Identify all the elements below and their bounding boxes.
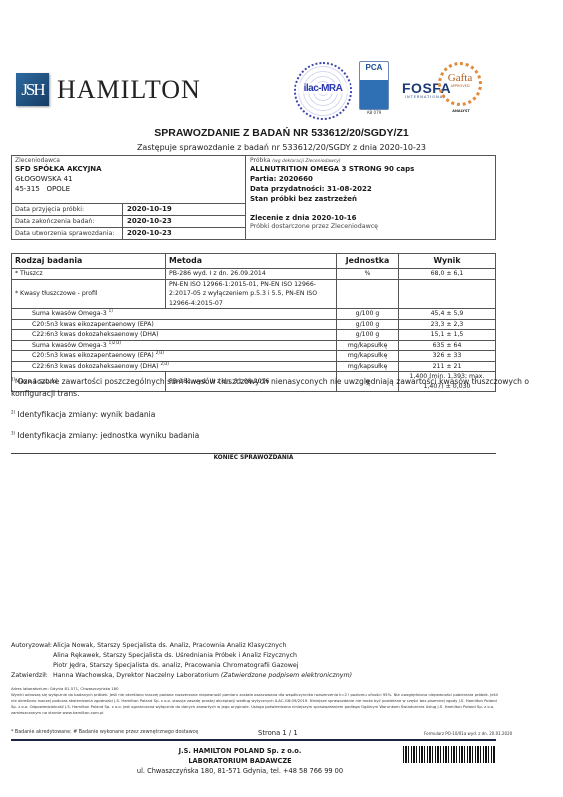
table-row: C20:5n3 kwas eikozapentaenowy (EPA) 2)3)… — [12, 351, 496, 362]
test-name: C22:6n3 kwas dokozaheksaenowy (DHA) — [12, 330, 337, 341]
report-replaces: Zastępuje sprawozdanie z badań nr 533612… — [0, 143, 563, 152]
table-row: C20:5n3 kwas eikozapentaenowy (EPA)g/100… — [12, 319, 496, 330]
end-divider — [11, 453, 496, 454]
company-logo-icon: JSH — [16, 73, 49, 106]
unit-cell: g/100 g — [337, 309, 399, 320]
unit-cell: % — [337, 269, 399, 280]
info-box: Zleceniodawca SFD SPÓŁKA AKCYJNA GŁOGOWS… — [11, 155, 496, 240]
client-city: 45-315 OPOLE — [15, 184, 242, 194]
company-name: HAMILTON — [57, 75, 201, 105]
date-row: Data utworzenia sprawozdania:2020-10-23 — [12, 227, 245, 239]
sample-condition: Stan próbki bez zastrzeżeń — [250, 194, 493, 204]
unit-cell: mg/kapsułkę — [337, 361, 399, 372]
footnote-ref: 1) — [109, 308, 113, 313]
result-cell: 15,1 ± 1,5 — [399, 330, 496, 341]
test-name: * Tłuszcz — [12, 269, 166, 280]
barcode-icon — [403, 746, 495, 763]
test-name: Suma kwasów Omega-3 1) — [12, 309, 337, 320]
authorized-person: Piotr Jędra, Starszy Specjalista ds. ana… — [53, 661, 298, 671]
footnote-mark: 1) — [11, 376, 15, 381]
client-name: SFD SPÓŁKA AKCYJNA — [15, 164, 242, 174]
col-header-test: Rodzaj badania — [12, 254, 166, 269]
date-row: Data przyjęcia próbki:2020-10-19 — [12, 203, 245, 215]
client-section: Zleceniodawca SFD SPÓŁKA AKCYJNA GŁOGOWS… — [12, 156, 246, 239]
footnote: 3) Identyfikacja zmiany: jednostka wynik… — [11, 430, 531, 442]
pca-number: AB 079 — [360, 110, 388, 115]
approved-person: Hanna Wachowska, Dyrektor Naczelny Labor… — [53, 672, 219, 679]
table-row: Suma kwasów Omega-3 1)g/100 g45,4 ± 5,9 — [12, 309, 496, 320]
test-name: C20:5n3 kwas eikozapentaenowy (EPA) — [12, 319, 337, 330]
date-label: Data przyjęcia próbki: — [12, 204, 123, 215]
fosfa-sub: INTERNATIONAL — [405, 95, 446, 99]
gafta-label: Gafta — [441, 72, 479, 84]
result-cell: 326 ± 33 — [399, 351, 496, 362]
results-table: Rodzaj badania Metoda Jednostka Wynik * … — [11, 253, 496, 392]
result-cell: 45,4 ± 5,9 — [399, 309, 496, 320]
authorized-person: Alicja Nowak, Starszy Specjalista ds. An… — [53, 641, 286, 651]
sample-label: Próbka — [250, 157, 270, 164]
result-cell: 211 ± 21 — [399, 361, 496, 372]
unit-cell: mg/kapsułkę — [337, 340, 399, 351]
col-header-result: Wynik — [399, 254, 496, 269]
unit-cell: g/100 g — [337, 330, 399, 341]
col-header-unit: Jednostka — [337, 254, 399, 269]
ilac-mra-logo-icon: ilac-MRA — [294, 62, 352, 120]
unit-cell: g/100 g — [337, 319, 399, 330]
result-cell: 68,0 ± 6,1 — [399, 269, 496, 280]
test-name: C20:5n3 kwas eikozapentaenowy (EPA) 2)3) — [12, 351, 337, 362]
footnote: 2) Identyfikacja zmiany: wynik badania — [11, 409, 531, 421]
unit-cell — [337, 279, 399, 309]
sample-batch: Partia: 2020660 — [250, 174, 493, 184]
result-cell: 635 ± 64 — [399, 340, 496, 351]
authorized-person: Alina Rękawek, Starszy Specjalista ds. U… — [53, 651, 297, 661]
table-row: * Kwasy tłuszczowe - profilPN-EN ISO 129… — [12, 279, 496, 309]
footnote-ref: 2)3) — [161, 360, 169, 365]
sample-order: Zlecenie z dnia 2020-10-16 — [250, 213, 493, 223]
approved-note: (Zatwierdzone podpisem elektronicznym) — [221, 672, 352, 679]
footnote-text: Identyfikacja zmiany: jednostka wyniku b… — [18, 431, 200, 440]
footnote-text: Oznaczone zawartości poszczególnych sum … — [11, 377, 529, 398]
legal-notice: Adres laboratorium: Gdynia 81-571, Chwas… — [11, 686, 501, 716]
test-name: * Kwasy tłuszczowe - profil — [12, 279, 166, 309]
test-name: Suma kwasów Omega-3 1)2)3) — [12, 340, 337, 351]
page-number: Strona 1 / 1 — [258, 729, 298, 737]
method-cell: PB-286 wyd. I z dn. 26.09.2014 — [166, 269, 337, 280]
gafta-sub: ANALYST — [443, 109, 479, 113]
pca-label: PCA — [360, 63, 388, 72]
date-value: 2020-10-23 — [123, 228, 172, 239]
footnote-text: Identyfikacja zmiany: wynik badania — [18, 410, 156, 419]
sample-section: Próbka (wg deklaracji Zleceniodawcy) ALL… — [250, 157, 493, 230]
date-row: Data zakończenia badań:2020-10-23 — [12, 215, 245, 227]
gafta-approved: APPROVED — [441, 84, 479, 88]
sample-delivered: Próbki dostarczone przez Zleceniodawcę — [250, 223, 493, 230]
footer-street: ul. Chwaszczyńska 180, 81-571 Gdynia, te… — [130, 766, 350, 776]
table-row: C22:6n3 kwas dokozaheksaenowy (DHA)g/100… — [12, 330, 496, 341]
date-label: Data zakończenia badań: — [12, 216, 123, 227]
date-label: Data utworzenia sprawozdania: — [12, 228, 123, 239]
unit-cell: mg/kapsułkę — [337, 351, 399, 362]
method-cell: PN-EN ISO 12966-1:2015-01, PN-EN ISO 129… — [166, 279, 337, 309]
footer-divider — [11, 739, 496, 741]
end-of-report: KONIEC SPRAWOZDANIA — [0, 455, 507, 461]
footer-address: J.S. HAMILTON POLAND Sp. z o.o. LABORATO… — [150, 746, 330, 776]
report-title: SPRAWOZDANIE Z BADAŃ NR 533612/20/SGDY/Z… — [0, 127, 563, 139]
col-header-method: Metoda — [166, 254, 337, 269]
result-cell: 23,3 ± 2,3 — [399, 319, 496, 330]
footnote-ref: 1)2)3) — [109, 339, 121, 344]
footnote-mark: 3) — [11, 430, 15, 435]
date-value: 2020-10-19 — [123, 204, 172, 215]
table-row: Suma kwasów Omega-3 1)2)3)mg/kapsułkę635… — [12, 340, 496, 351]
table-row: C22:6n3 kwas dokozaheksaenowy (DHA) 2)3)… — [12, 361, 496, 372]
table-row: * TłuszczPB-286 wyd. I z dn. 26.09.2014%… — [12, 269, 496, 280]
test-name: C22:6n3 kwas dokozaheksaenowy (DHA) 2)3) — [12, 361, 337, 372]
footnote-mark: 2) — [11, 409, 15, 414]
client-label: Zleceniodawca — [15, 157, 242, 164]
client-street: GŁOGOWSKA 41 — [15, 174, 242, 184]
pca-logo-icon: PCA — [359, 61, 389, 110]
form-number: Formularz PO-10/01a wyd. z dn. 20.01.202… — [424, 731, 512, 736]
footnote-ref: 2)3) — [156, 350, 164, 355]
sample-expiry: Data przydatności: 31-08-2022 — [250, 184, 493, 194]
footnotes: 1) Oznaczone zawartości poszczególnych s… — [11, 376, 531, 451]
result-cell — [399, 279, 496, 309]
footnote: 1) Oznaczone zawartości poszczególnych s… — [11, 376, 531, 400]
table-header-row: Rodzaj badania Metoda Jednostka Wynik — [12, 254, 496, 269]
legal-text: Wyniki odnoszą się wyłącznie do badanych… — [11, 692, 501, 716]
gafta-logo-icon: Gafta APPROVED — [438, 62, 482, 106]
ilac-label: ilac-MRA — [296, 83, 350, 94]
dates-table: Data przyjęcia próbki:2020-10-19 Data za… — [12, 203, 245, 239]
footer-lab: LABORATORIUM BADAWCZE — [150, 756, 330, 766]
sample-product: ALLNUTRITION OMEGA 3 STRONG 90 caps — [250, 164, 493, 174]
footer-legend: * Badanie akredytowane; # Badanie wykona… — [11, 730, 198, 735]
date-value: 2020-10-23 — [123, 216, 172, 227]
authorized-label: Autoryzował: — [11, 641, 53, 651]
approved-label: Zatwierdził: — [11, 671, 53, 681]
signatures: Autoryzował:Alicja Nowak, Starszy Specja… — [11, 641, 352, 681]
footer-company: J.S. HAMILTON POLAND Sp. z o.o. — [150, 746, 330, 756]
